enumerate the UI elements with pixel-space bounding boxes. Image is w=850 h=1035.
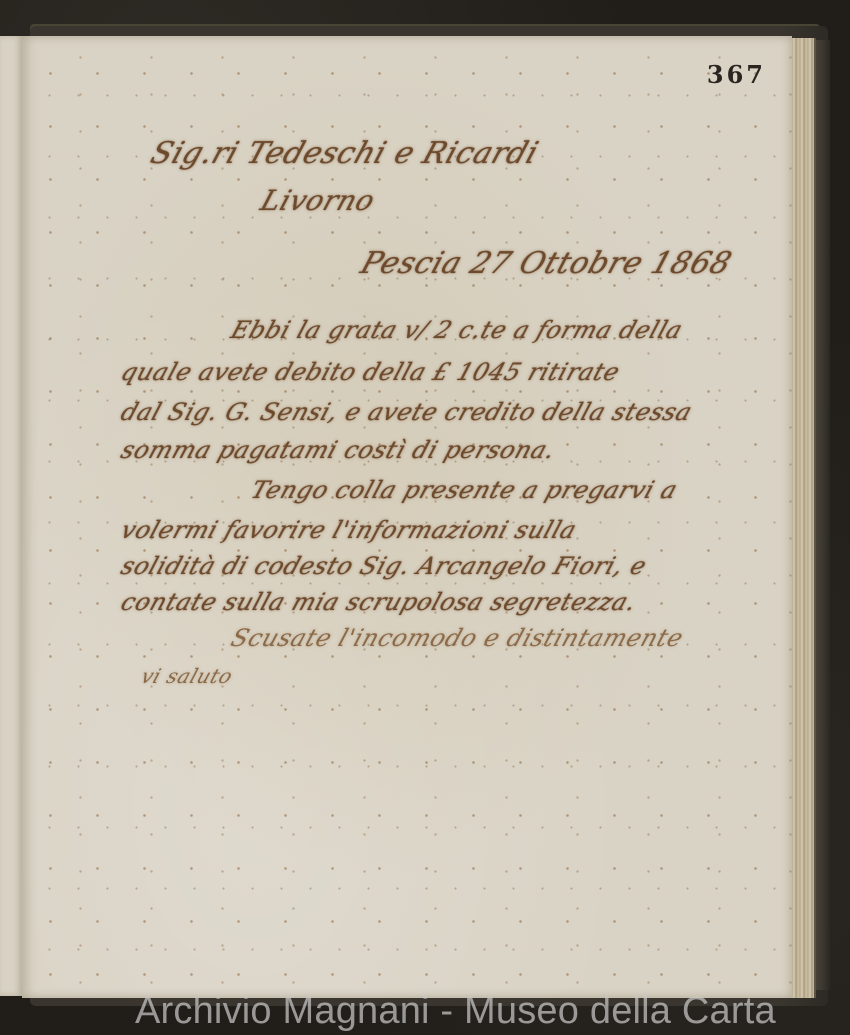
archive-watermark: Archivio Magnani - Museo della Carta bbox=[0, 990, 850, 1033]
letter-place-date: Pescia 27 Ottobre 1868 bbox=[356, 246, 736, 281]
letter-addressee: Sig.ri Tedeschi e Ricardi bbox=[146, 136, 543, 171]
letter-line: volermi favorire l'informazioni sulla bbox=[117, 516, 580, 544]
letter-line: Scusate l'incomodo e distintamente bbox=[227, 624, 687, 652]
letter-city: Livorno bbox=[257, 184, 380, 217]
facing-page-edge bbox=[0, 36, 23, 996]
letter-line: solidità di codesto Sig. Arcangelo Fiori… bbox=[117, 552, 650, 580]
letter-closing: vi saluto bbox=[138, 664, 236, 688]
book-spine-cloth bbox=[814, 40, 830, 990]
letter-line: quale avete debito della £ 1045 ritirate bbox=[117, 358, 623, 386]
letter-line: Tengo colla presente a pregarvi a bbox=[247, 476, 681, 504]
manuscript-page: 367 Sig.ri Tedeschi e Ricardi Livorno Pe… bbox=[22, 36, 792, 998]
page-edges-stack bbox=[790, 38, 816, 998]
letter-line: Ebbi la grata v/ 2 c.te a forma della bbox=[227, 316, 686, 344]
letter-line: somma pagatami costì di persona. bbox=[117, 436, 559, 464]
page-number: 367 bbox=[707, 60, 766, 89]
letter-line: dal Sig. G. Sensi, e avete credito della… bbox=[117, 398, 695, 426]
letter-line: contate sulla mia scrupolosa segretezza. bbox=[117, 588, 640, 616]
